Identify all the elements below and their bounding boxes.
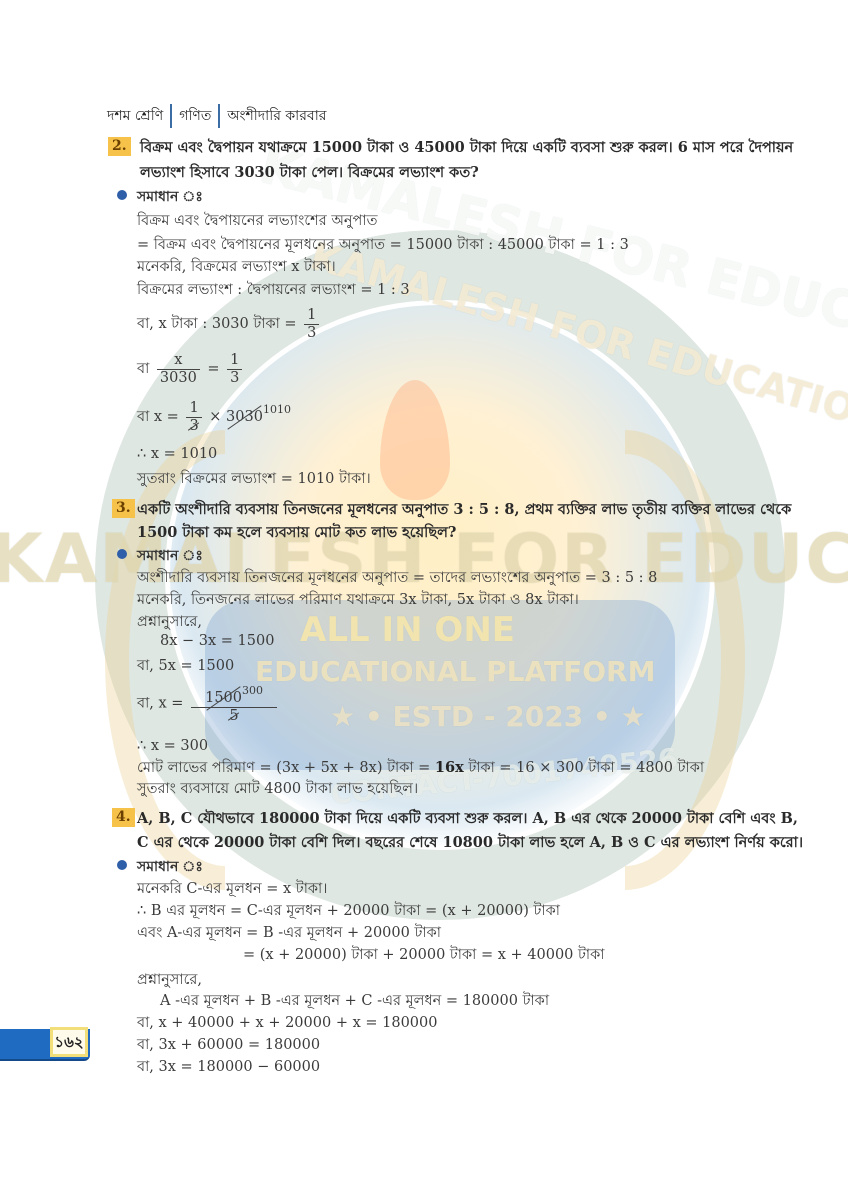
q3-step: বা, 5x = 1500	[137, 655, 234, 679]
q2-conclusion: সুতরাং বিক্রমের লভ্যাংশ = 1010 টাকা।	[137, 468, 371, 492]
q3-step: মনেকরি, তিনজনের লাভের পরিমাণ যথাক্রমে 3x…	[137, 589, 579, 613]
question-4-text-line2: C এর থেকে 20000 টাকা বেশি দিল। বছরের শেষ…	[137, 832, 803, 856]
solution-label: সমাধান ঃ	[137, 855, 203, 879]
question-2-text-line1: বিক্রম এবং দ্বৈপায়ন যথাক্রমে 15000 টাকা…	[140, 137, 793, 161]
q3-result: ∴ x = 300	[137, 738, 208, 754]
breadcrumb-subject: গণিত	[179, 104, 211, 128]
q2-step: বিক্রম এবং দ্বৈপায়নের লভ্যাংশের অনুপাত	[137, 210, 377, 234]
q4-step: বা, x + 40000 + x + 20000 + x = 180000	[137, 1012, 437, 1036]
q3-step: অংশীদারি ব্যবসায় তিনজনের মূলধনের অনুপাত…	[137, 567, 657, 591]
fraction: x 3030	[157, 352, 200, 386]
q2-step: বিক্রমের লভ্যাংশ : দ্বৈপায়নের লভ্যাংশ =…	[137, 279, 410, 303]
q4-step: মনেকরি C-এর মূলধন = x টাকা।	[137, 878, 327, 902]
bullet-icon	[117, 190, 127, 200]
q2-step: মনেকরি, বিক্রমের লভ্যাংশ x টাকা।	[137, 256, 336, 280]
q2-step: = বিক্রম এবং দ্বৈপায়নের মূলধনের অনুপাত …	[137, 234, 629, 258]
eq-text: বা, x =	[137, 696, 183, 712]
question-4-text-line1: A, B, C যৌথভাবে 180000 টাকা দিয়ে একটি ব…	[137, 808, 798, 832]
q4-step: বা, 3x + 60000 = 180000	[137, 1034, 320, 1058]
solution-label: সমাধান ঃ	[137, 185, 203, 209]
cancelled-number: 3030	[226, 409, 263, 425]
fraction: 1500300 5	[191, 685, 277, 724]
q3-step: 8x − 3x = 1500	[160, 633, 274, 649]
breadcrumb-divider	[170, 104, 172, 128]
solution-label: সমাধান ঃ	[137, 544, 203, 568]
bullet-icon	[117, 549, 127, 559]
eq-text: বা, x টাকা : 3030 টাকা =	[137, 316, 297, 332]
q3-conclusion: সুতরাং ব্যবসায়ে মোট 4800 টাকা লাভ হয়েছ…	[137, 778, 418, 802]
q4-step: A -এর মূলধন + B -এর মূলধন + C -এর মূলধন …	[160, 990, 549, 1014]
breadcrumb-divider	[218, 104, 220, 128]
q3-equation: বা, x = 1500300 5	[137, 685, 280, 724]
q2-equation-3: বা x = 1 3 × 30301010	[137, 400, 291, 434]
q4-step: ∴ B এর মূলধন = C-এর মূলধন + 20000 টাকা =…	[137, 900, 560, 924]
q3-step: প্রশ্নানুসারে,	[137, 611, 202, 635]
q2-equation-1: বা, x টাকা : 3030 টাকা = 1 3	[137, 307, 322, 341]
question-3-text-line2: 1500 টাকা কম হলে ব্যবসায় মোট কত লাভ হয়…	[137, 522, 456, 546]
breadcrumb-chapter: অংশীদারি কারবার	[227, 104, 326, 128]
q4-step: বা, 3x = 180000 − 60000	[137, 1056, 320, 1080]
q2-result: ∴ x = 1010	[137, 446, 217, 462]
breadcrumb-class: দশম শ্রেণি	[107, 104, 163, 128]
eq-text: বা x =	[137, 409, 179, 425]
page-content: দশম শ্রেণি গণিত অংশীদারি কারবার 2. বিক্র…	[0, 0, 848, 1200]
q4-step: = (x + 20000) টাকা + 20000 টাকা = x + 40…	[243, 944, 604, 968]
question-number-badge: 2.	[108, 137, 131, 156]
eq-text: বা	[137, 361, 149, 377]
fraction: 1 3	[304, 307, 319, 341]
page-number: ১৬২	[50, 1027, 88, 1057]
fraction: 1 3	[227, 352, 242, 386]
bullet-icon	[117, 860, 127, 870]
question-number-badge: 4.	[112, 808, 135, 827]
question-3-text-line1: একটি অংশীদারি ব্যবসায় তিনজনের মূলধনের অ…	[137, 499, 791, 523]
q4-step: এবং A-এর মূলধন = B -এর মূলধন + 20000 টাক…	[137, 922, 441, 946]
question-number-badge: 3.	[112, 499, 135, 518]
q2-equation-2: বা x 3030 = 1 3	[137, 352, 245, 386]
fraction: 1 3	[186, 400, 201, 434]
question-2-text-line2: লভ্যাংশ হিসাবে 3030 টাকা পেল। বিক্রমের ল…	[140, 162, 479, 186]
breadcrumb: দশম শ্রেণি গণিত অংশীদারি কারবার	[107, 104, 326, 128]
